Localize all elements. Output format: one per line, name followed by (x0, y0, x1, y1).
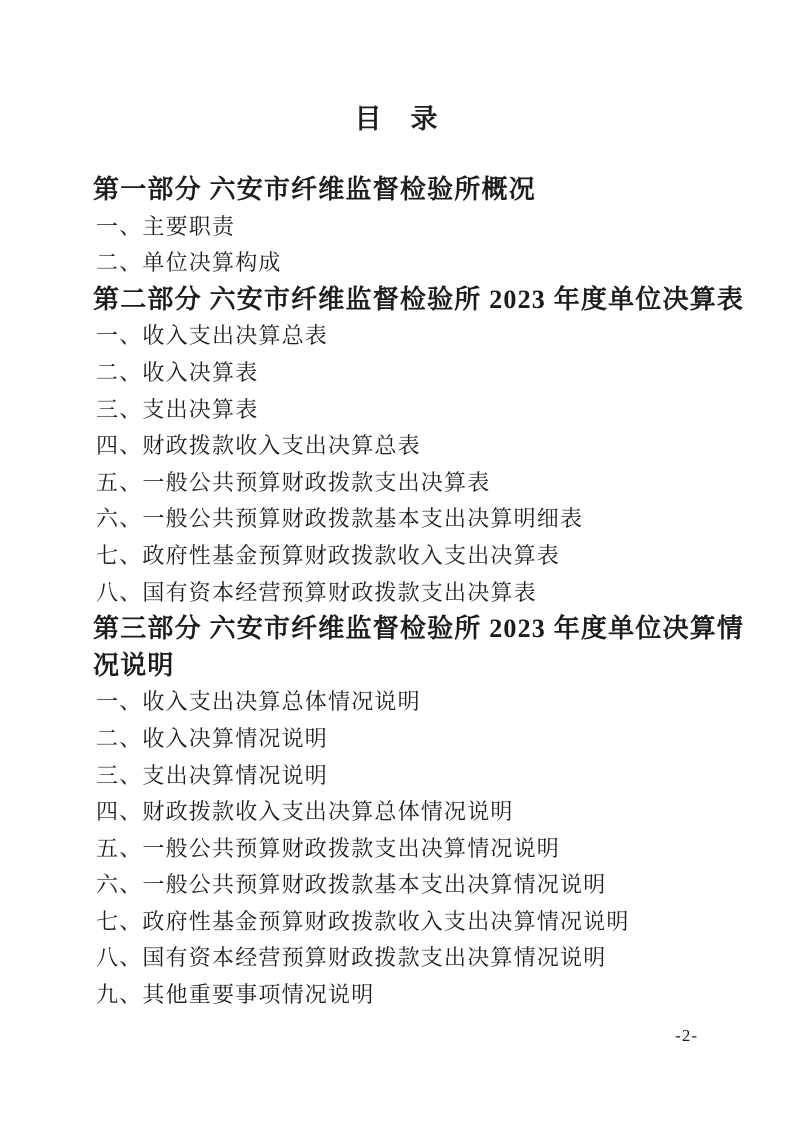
toc-item: 二、收入决算情况说明 (93, 721, 755, 758)
toc-item: 七、政府性基金预算财政拨款收入支出决算情况说明 (93, 904, 755, 941)
toc-item: 六、一般公共预算财政拨款基本支出决算明细表 (93, 501, 755, 538)
toc-item: 九、其他重要事项情况说明 (93, 977, 755, 1014)
toc-item: 一、收入支出决算总体情况说明 (93, 684, 755, 721)
document-page: 目 录 第一部分 六安市纤维监督检验所概况 一、主要职责 二、单位决算构成 第二… (0, 0, 793, 1122)
toc-section-heading: 第三部分 六安市纤维监督检验所 2023 年度单位决算情况说明 (93, 611, 755, 684)
toc-item: 六、一般公共预算财政拨款基本支出决算情况说明 (93, 867, 755, 904)
toc-item: 八、国有资本经营预算财政拨款支出决算表 (93, 575, 755, 612)
toc-item: 一、主要职责 (93, 209, 755, 246)
toc-item: 三、支出决算情况说明 (93, 758, 755, 795)
toc-item: 四、财政拨款收入支出决算总表 (93, 428, 755, 465)
toc-item: 七、政府性基金预算财政拨款收入支出决算表 (93, 538, 755, 575)
toc-item: 三、支出决算表 (93, 392, 755, 429)
table-of-contents: 第一部分 六安市纤维监督检验所概况 一、主要职责 二、单位决算构成 第二部分 六… (93, 172, 755, 1014)
page-number: -2- (675, 1026, 698, 1046)
toc-item: 二、收入决算表 (93, 355, 755, 392)
toc-section-heading: 第一部分 六安市纤维监督检验所概况 (93, 172, 755, 209)
toc-section-3: 第三部分 六安市纤维监督检验所 2023 年度单位决算情况说明 一、收入支出决算… (93, 611, 755, 1014)
toc-item: 一、收入支出决算总表 (93, 318, 755, 355)
page-title: 目 录 (0, 97, 793, 136)
toc-section-heading: 第二部分 六安市纤维监督检验所 2023 年度单位决算表 (93, 282, 755, 319)
toc-section-2: 第二部分 六安市纤维监督检验所 2023 年度单位决算表 一、收入支出决算总表 … (93, 282, 755, 611)
toc-item: 五、一般公共预算财政拨款支出决算表 (93, 465, 755, 502)
toc-item: 五、一般公共预算财政拨款支出决算情况说明 (93, 831, 755, 868)
toc-item: 八、国有资本经营预算财政拨款支出决算情况说明 (93, 940, 755, 977)
toc-section-1: 第一部分 六安市纤维监督检验所概况 一、主要职责 二、单位决算构成 (93, 172, 755, 282)
toc-item: 二、单位决算构成 (93, 245, 755, 282)
toc-item: 四、财政拨款收入支出决算总体情况说明 (93, 794, 755, 831)
